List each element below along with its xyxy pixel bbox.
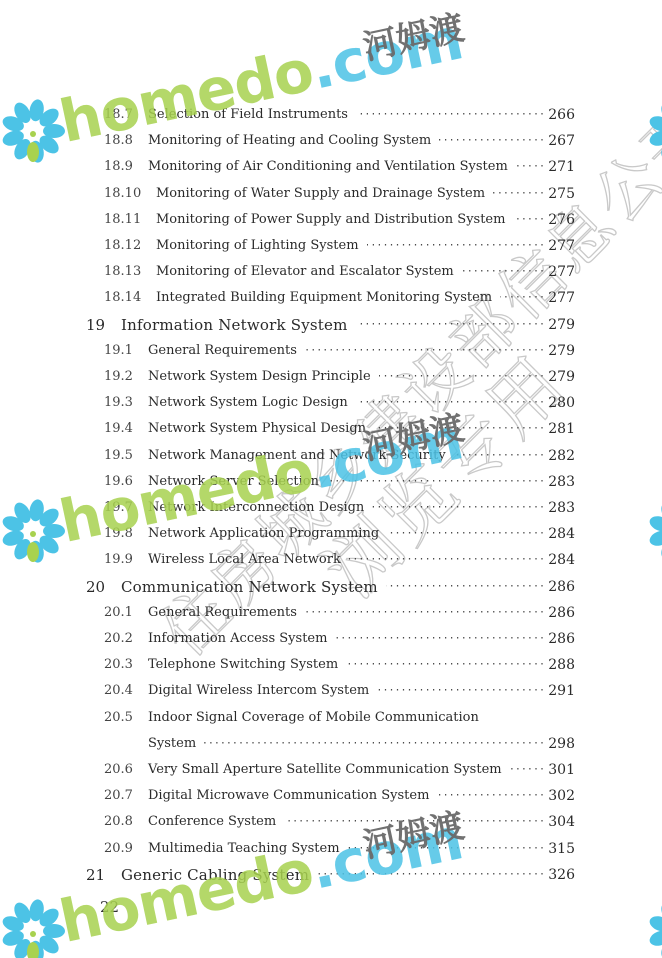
entry-page-number: 298: [548, 733, 575, 755]
entry-title: Monitoring of Elevator and Escalator Sys…: [156, 261, 454, 283]
dot-leader: ········································…: [516, 156, 545, 178]
entry-page-number: 267: [548, 130, 575, 152]
toc-entry: 19.9Wireless Local Area Network·········…: [0, 549, 662, 571]
entry-number: 19: [86, 314, 105, 336]
toc-entry: 20.6Very Small Aperture Satellite Commun…: [0, 759, 662, 781]
entry-number: 20.5: [104, 707, 133, 729]
toc-entry: 19.3Network System Logic Design·········…: [0, 392, 662, 414]
toc-entry: 20.1General Requirements················…: [0, 602, 662, 624]
entry-title: Wireless Local Area Network: [148, 549, 341, 571]
entry-page-number: 283: [548, 471, 575, 493]
entry-title: General Requirements: [148, 602, 297, 624]
dot-leader: ········································…: [305, 340, 545, 362]
entry-number: 20.8: [104, 811, 133, 833]
toc-entry: 19.2Network System Design Principle·····…: [0, 366, 662, 388]
dot-leader: ········································…: [462, 261, 545, 283]
entry-page-number: 277: [548, 287, 575, 309]
entry-title: System: [148, 733, 196, 755]
entry-number: 19.9: [104, 549, 133, 571]
entry-page-number: 284: [548, 523, 575, 545]
entry-number: 20.9: [104, 838, 133, 860]
dot-leader: ········································…: [335, 628, 545, 650]
toc-entry: 19.6Network Server Selection············…: [0, 471, 662, 493]
entry-title: Information Access System: [148, 628, 327, 650]
entry-title: Network Application Programming: [148, 523, 379, 545]
entry-title: Network Management and Network Security: [148, 445, 446, 467]
entry-page-number: 302: [548, 785, 575, 807]
entry-number: 19.1: [104, 340, 133, 362]
dot-leader: ········································…: [437, 785, 545, 807]
table-of-contents: 18.7Selection of Field Instruments······…: [0, 0, 662, 958]
entry-number: 19.6: [104, 471, 133, 493]
entry-title: Selection of Field Instruments: [148, 104, 348, 126]
entry-title: Conference System: [148, 811, 276, 833]
toc-entry: 18.12Monitoring of Lighting System······…: [0, 235, 662, 257]
entry-number: 19.5: [104, 445, 133, 467]
dot-leader: ········································…: [204, 733, 545, 755]
entry-page-number: 284: [548, 549, 575, 571]
entry-page-number: 276: [548, 209, 575, 231]
entry-page-number: 286: [548, 628, 575, 650]
entry-title: Network Server Selection: [148, 471, 319, 493]
entry-page-number: 304: [548, 811, 575, 833]
dot-leader: ········································…: [305, 602, 545, 624]
dot-leader: ········································…: [356, 392, 545, 414]
entry-title: Multimedia Teaching System: [148, 838, 340, 860]
toc-entry: 20.3Telephone Switching System··········…: [0, 654, 662, 676]
entry-page-number: 277: [548, 261, 575, 283]
toc-entry: 20.7Digital Microwave Communication Syst…: [0, 785, 662, 807]
toc-entry: 18.13Monitoring of Elevator and Escalato…: [0, 261, 662, 283]
entry-title: Network Interconnection Design: [148, 497, 364, 519]
entry-page-number: 286: [548, 602, 575, 624]
toc-entry: 19.8Network Application Programming·····…: [0, 523, 662, 545]
entry-number: 18.10: [104, 183, 141, 205]
toc-entry: 19.4Network System Physical Design······…: [0, 418, 662, 440]
toc-entry: 20.2Information Access System···········…: [0, 628, 662, 650]
entry-title: Network System Logic Design: [148, 392, 348, 414]
toc-entry: 18.8Monitoring of Heating and Cooling Sy…: [0, 130, 662, 152]
entry-title: Integrated Building Equipment Monitoring…: [156, 287, 492, 309]
entry-title: Information Network System: [121, 314, 348, 336]
entry-number: 21: [86, 864, 105, 886]
entry-page-number: 286: [548, 576, 575, 598]
toc-entry: 20.5Indoor Signal Coverage of Mobile Com…: [0, 707, 662, 729]
entry-title: General Requirements: [148, 340, 297, 362]
entry-page-number: 280: [548, 392, 575, 414]
entry-page-number: 275: [548, 183, 575, 205]
entry-number: 19.3: [104, 392, 133, 414]
entry-number: 20.4: [104, 680, 133, 702]
entry-number: 18.13: [104, 261, 141, 283]
dot-leader: ········································…: [513, 209, 545, 231]
entry-number: 18.7: [104, 104, 133, 126]
dot-leader: ········································…: [439, 130, 545, 152]
toc-entry: 20.9Multimedia Teaching System··········…: [0, 838, 662, 860]
dot-leader: ········································…: [379, 366, 545, 388]
entry-number: 20: [86, 576, 105, 598]
toc-entry: 18.11Monitoring of Power Supply and Dist…: [0, 209, 662, 231]
entry-title: Monitoring of Air Conditioning and Venti…: [148, 156, 508, 178]
dot-leader: ········································…: [510, 759, 545, 781]
entry-page-number: 288: [548, 654, 575, 676]
toc-entry: 18.7Selection of Field Instruments······…: [0, 104, 662, 126]
entry-number: 18.8: [104, 130, 133, 152]
toc-entry: 21Generic Cabling System················…: [0, 864, 662, 886]
toc-entry: 19.5Network Management and Network Secur…: [0, 445, 662, 467]
entry-title: Digital Wireless Intercom System: [148, 680, 369, 702]
entry-number: 18.12: [104, 235, 141, 257]
dot-leader: ········································…: [346, 654, 545, 676]
dot-leader: ········································…: [387, 523, 545, 545]
entry-page-number: 266: [548, 104, 575, 126]
entry-number: 19.7: [104, 497, 133, 519]
entry-number: 19.2: [104, 366, 133, 388]
toc-entry: 18.14Integrated Building Equipment Monit…: [0, 287, 662, 309]
dot-leader: ········································…: [377, 680, 545, 702]
dot-leader: ········································…: [317, 864, 545, 886]
entry-number: 19.8: [104, 523, 133, 545]
toc-entry: 18.9Monitoring of Air Conditioning and V…: [0, 156, 662, 178]
dot-leader: ········································…: [500, 287, 545, 309]
toc-entry: 19.1General Requirements················…: [0, 340, 662, 362]
toc-entry: 19Information Network System············…: [0, 314, 662, 336]
entry-title: Monitoring of Power Supply and Distribut…: [156, 209, 505, 231]
dot-leader: ········································…: [386, 576, 545, 598]
entry-page-number: 282: [548, 445, 575, 467]
entry-number: 18.9: [104, 156, 133, 178]
entry-page-number: 279: [548, 314, 575, 336]
toc-entry: 20Communication Network System··········…: [0, 576, 662, 598]
entry-title: Telephone Switching System: [148, 654, 338, 676]
entry-page-number: 291: [548, 680, 575, 702]
entry-page-number: 301: [548, 759, 575, 781]
entry-page-number: 281: [548, 418, 575, 440]
entry-title: Network System Design Principle: [148, 366, 371, 388]
dot-leader: ········································…: [327, 471, 545, 493]
entry-number: 20.1: [104, 602, 133, 624]
toc-entry: 19.7Network Interconnection Design······…: [0, 497, 662, 519]
entry-number: 18.11: [104, 209, 141, 231]
toc-entry: 18.10Monitoring of Water Supply and Drai…: [0, 183, 662, 205]
entry-page-number: 283: [548, 497, 575, 519]
entry-title: Very Small Aperture Satellite Communicat…: [148, 759, 502, 781]
entry-title: Digital Microwave Communication System: [148, 785, 429, 807]
entry-title: Monitoring of Water Supply and Drainage …: [156, 183, 485, 205]
entry-title: Monitoring of Heating and Cooling System: [148, 130, 431, 152]
entry-title: Indoor Signal Coverage of Mobile Communi…: [148, 707, 479, 729]
page-number: 22: [100, 898, 119, 916]
dot-leader: ········································…: [372, 497, 545, 519]
dot-leader: ········································…: [356, 314, 545, 336]
toc-entry: 20.4Digital Wireless Intercom System····…: [0, 680, 662, 702]
entry-page-number: 315: [548, 838, 575, 860]
entry-number: 18.14: [104, 287, 141, 309]
entry-title: Network System Physical Design: [148, 418, 366, 440]
dot-leader: ········································…: [348, 838, 545, 860]
entry-title: Monitoring of Lighting System: [156, 235, 359, 257]
entry-title: Generic Cabling System: [121, 864, 309, 886]
entry-number: 19.4: [104, 418, 133, 440]
entry-page-number: 279: [548, 366, 575, 388]
dot-leader: ········································…: [349, 549, 545, 571]
entry-number: 20.7: [104, 785, 133, 807]
dot-leader: ········································…: [356, 104, 545, 126]
entry-page-number: 326: [548, 864, 575, 886]
dot-leader: ········································…: [284, 811, 545, 833]
entry-number: 20.6: [104, 759, 133, 781]
entry-page-number: 279: [548, 340, 575, 362]
entry-number: 20.3: [104, 654, 133, 676]
entry-page-number: 277: [548, 235, 575, 257]
toc-entry: System··································…: [0, 733, 662, 755]
dot-leader: ········································…: [374, 418, 545, 440]
dot-leader: ········································…: [367, 235, 545, 257]
entry-number: 20.2: [104, 628, 133, 650]
entry-page-number: 271: [548, 156, 575, 178]
toc-entry: 20.8Conference System···················…: [0, 811, 662, 833]
entry-title: Communication Network System: [121, 576, 378, 598]
dot-leader: ········································…: [454, 445, 545, 467]
dot-leader: ········································…: [493, 183, 545, 205]
